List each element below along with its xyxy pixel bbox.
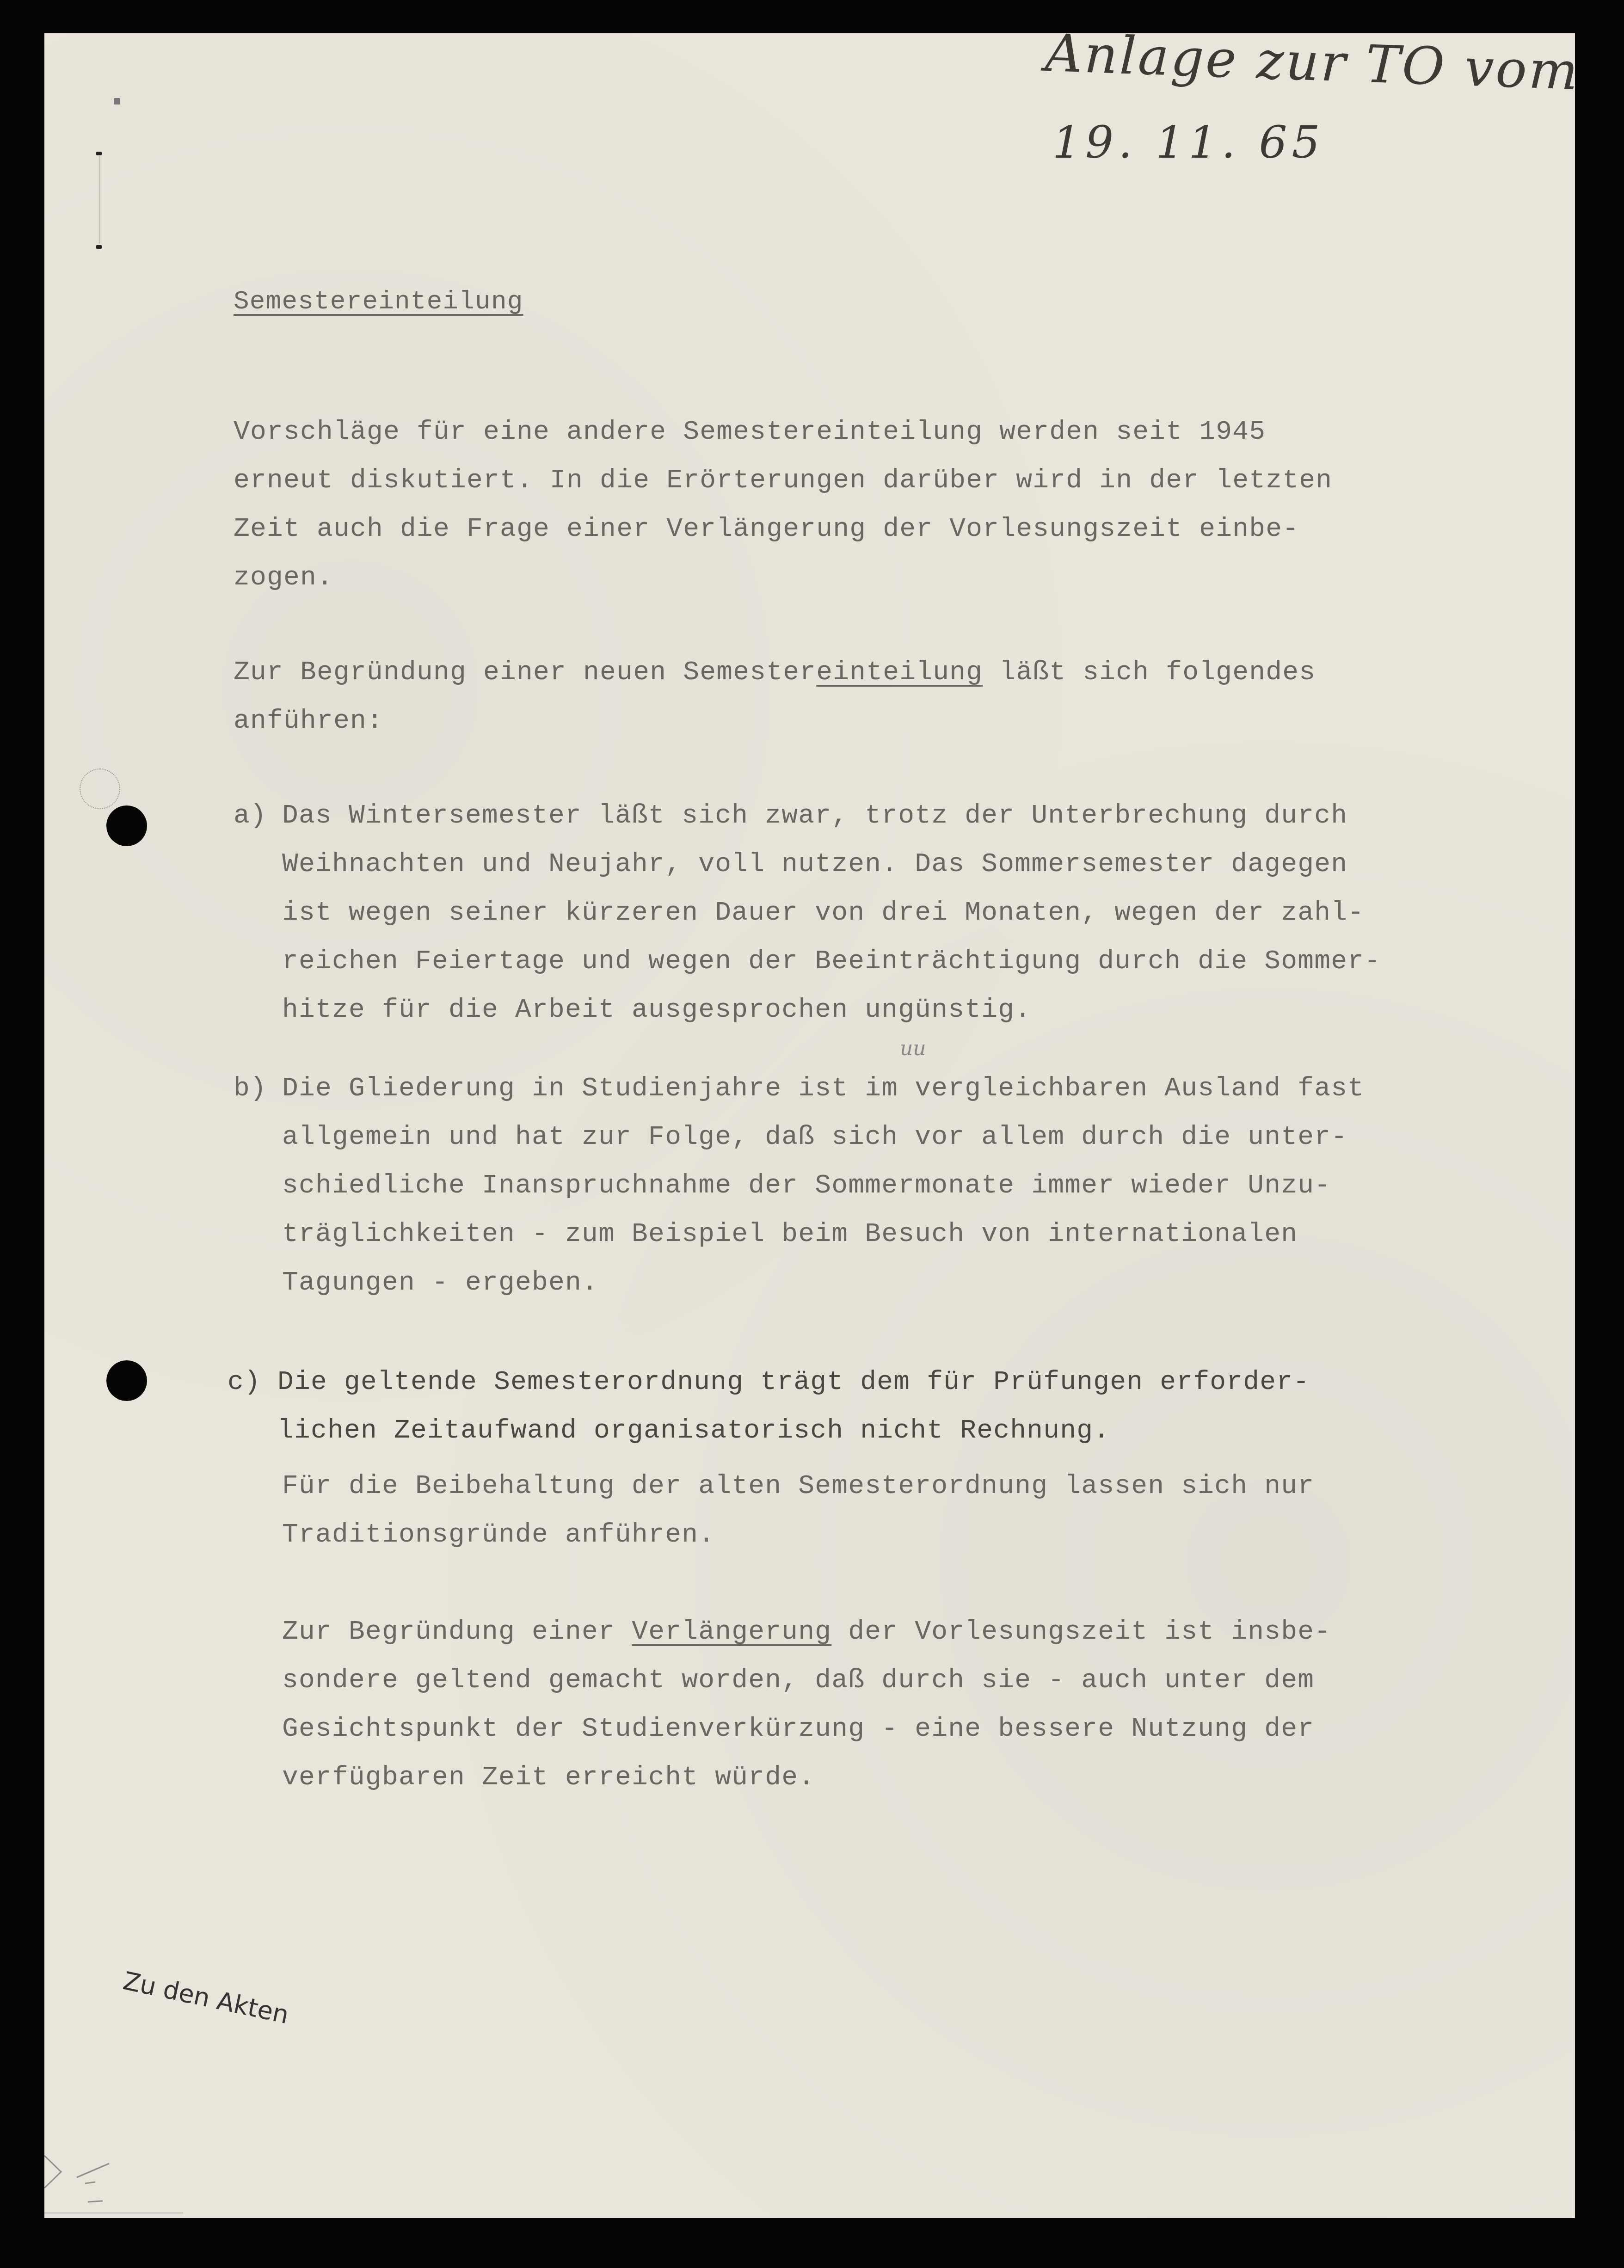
item-line: Das Wintersemester läßt sich zwar, trotz… <box>282 792 1347 840</box>
document-page: Anlage zur TO vom 19. 11. 65 Semesterein… <box>44 33 1575 2218</box>
item-line: Weihnachten und Neujahr, voll nutzen. Da… <box>282 840 1347 889</box>
staple-mark <box>96 245 102 249</box>
document-title: Semestereinteilung <box>234 277 523 326</box>
paper-crease <box>99 156 100 244</box>
item-line: ist wegen seiner kürzeren Dauer von drei… <box>282 889 1364 937</box>
ghost-punch-hole <box>80 768 120 809</box>
intro-line: zogen. <box>234 553 333 602</box>
paragraph-line: verfügbaren Zeit erreicht würde. <box>282 1753 815 1802</box>
filing-stamp: Zu den Akten <box>121 1966 291 2029</box>
paragraph-line: Traditionsgründe anführen. <box>282 1511 715 1559</box>
paragraph-line: sondere geltend gemacht worden, daß durc… <box>282 1656 1314 1705</box>
item-line: allgemein und hat zur Folge, daß sich vo… <box>282 1113 1347 1162</box>
underlined-word: einteilung <box>816 658 983 688</box>
item-line: lichen Zeitaufwand organisatorisch nicht… <box>277 1407 1110 1455</box>
pencil-scribble-icon <box>44 2114 183 2234</box>
item-letter: a) <box>234 792 267 840</box>
text-span: Zur Begründung einer neuen Semester <box>234 658 816 688</box>
item-line: schiedliche Inanspruchnahme der Sommermo… <box>282 1162 1331 1210</box>
reasons-intro-line: Zur Begründung einer neuen Semestereinte… <box>234 648 1316 697</box>
item-line: träglichkeiten - zum Beispiel beim Besuc… <box>282 1210 1298 1259</box>
punch-hole-lower <box>106 1360 147 1401</box>
intro-line: Zeit auch die Frage einer Verlängerung d… <box>234 505 1299 553</box>
reasons-intro-line: anführen: <box>234 697 383 745</box>
intro-line: Vorschläge für eine andere Semestereinte… <box>234 408 1266 456</box>
staple-mark <box>96 152 102 155</box>
underlined-word: Verlängerung <box>632 1617 831 1647</box>
item-line: Die geltende Semesterordnung trägt dem f… <box>277 1358 1310 1407</box>
intro-line: erneut diskutiert. In die Erörterungen d… <box>234 456 1332 505</box>
staple-mark <box>114 98 120 104</box>
handwritten-agenda-note: Anlage zur TO vom <box>1044 23 1581 102</box>
text-span: läßt sich folgendes <box>983 658 1316 688</box>
punch-hole-upper <box>106 805 147 846</box>
paragraph-line: Gesichtspunkt der Studienverkürzung - ei… <box>282 1705 1314 1753</box>
paragraph-line: Zur Begründung einer Verlängerung der Vo… <box>282 1608 1331 1656</box>
pencil-margin-mark: uu <box>900 1037 926 1060</box>
item-line: Die Gliederung in Studienjahre ist im ve… <box>282 1064 1364 1113</box>
item-line: hitze für die Arbeit ausgesprochen ungün… <box>282 986 1031 1034</box>
text-span: Zur Begründung einer <box>282 1617 632 1647</box>
handwritten-date: 19. 11. 65 <box>1052 117 1325 168</box>
item-line: reichen Feiertage und wegen der Beeinträ… <box>282 937 1381 986</box>
item-letter: c) <box>228 1358 261 1407</box>
text-span: der Vorlesungszeit ist insbe- <box>831 1617 1331 1647</box>
item-letter: b) <box>234 1064 267 1113</box>
paragraph-line: Für die Beibehaltung der alten Semestero… <box>282 1462 1314 1511</box>
item-line: Tagungen - ergeben. <box>282 1259 598 1307</box>
